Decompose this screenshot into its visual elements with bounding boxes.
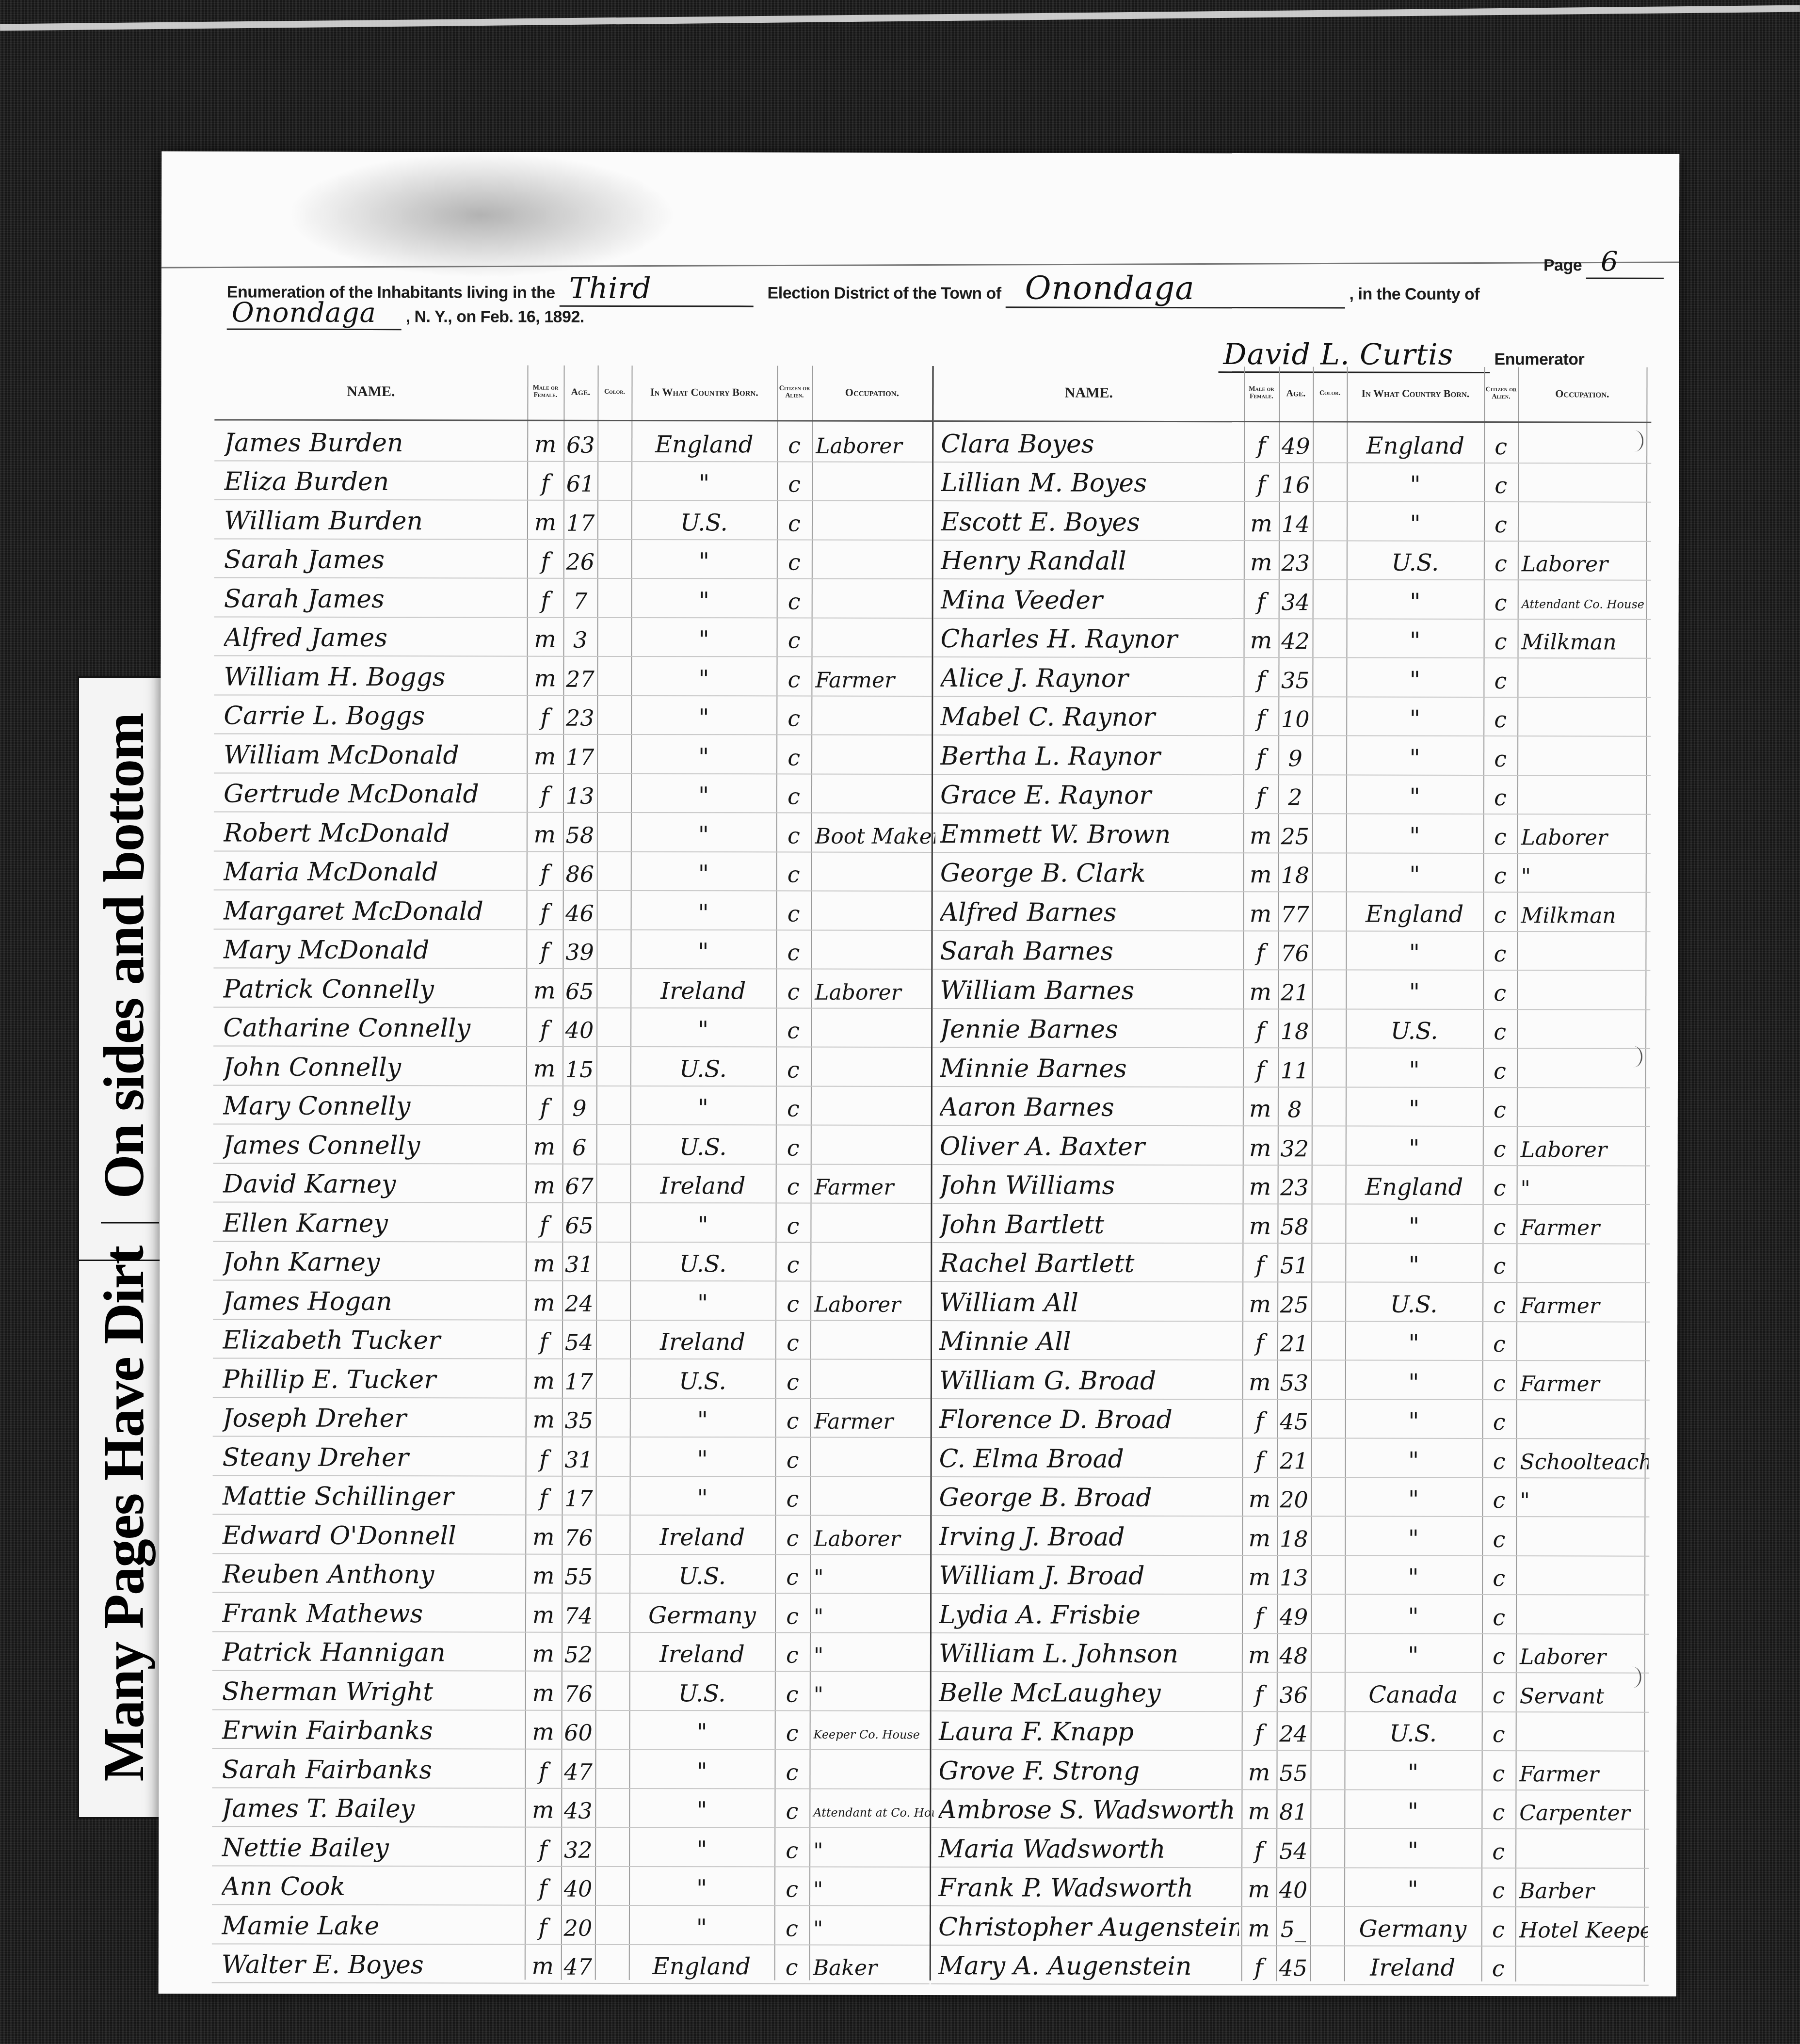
table-row: John Connellym15U.S.c <box>213 1046 931 1086</box>
age-value: 17 <box>563 744 597 770</box>
age-value: 15 <box>562 1056 596 1082</box>
age-value: 9 <box>1278 745 1312 771</box>
age-value: 32 <box>561 1836 595 1863</box>
person-name: John Williams <box>940 1171 1240 1200</box>
person-name: Mamie Lake <box>222 1911 522 1941</box>
citizen-status: c <box>776 1134 811 1161</box>
citizen-status: c <box>776 900 811 926</box>
side-note-label: Many Pages Have Dirt On sides and bottom <box>78 676 173 1819</box>
citizen-status: c <box>1483 784 1517 811</box>
sex-value: f <box>1244 471 1279 498</box>
table-row: Alfred Barnesm77EnglandcMilkman <box>933 892 1651 932</box>
birth-country: England <box>629 1953 774 1980</box>
age-value: 55 <box>1276 1760 1310 1786</box>
age-value: 32 <box>1278 1135 1312 1162</box>
age-value: 47 <box>561 1954 595 1980</box>
birth-country: " <box>1346 862 1483 889</box>
table-left-half: NAME. Male or Female. Age. Color. In Wha… <box>212 365 932 1980</box>
birth-country: " <box>1345 1369 1482 1396</box>
occupation-value: " <box>1517 1176 1649 1201</box>
person-name: Christopher Augenstein <box>938 1913 1239 1942</box>
birth-country: " <box>1346 940 1483 967</box>
age-value: 21 <box>1277 1448 1311 1474</box>
citizen-status: c <box>774 1915 809 1941</box>
sex-value: m <box>527 743 563 770</box>
age-value: 25 <box>1278 823 1312 849</box>
sex-value: m <box>1244 510 1279 537</box>
person-name: James Burden <box>224 428 525 458</box>
sex-value: m <box>1244 549 1279 576</box>
person-name: Mabel C. Raynor <box>940 703 1241 732</box>
occupation-value: Laborer <box>810 1292 934 1317</box>
table-row: Mamie Lakef20"c" <box>212 1905 930 1945</box>
occupation-value: Farmer <box>810 1409 934 1434</box>
citizen-status: c <box>775 1251 810 1277</box>
person-name: Irving J. Broad <box>939 1522 1239 1552</box>
age-value: 65 <box>562 1212 596 1238</box>
age-value: 2 <box>1278 784 1312 810</box>
sex-value: f <box>525 1757 561 1785</box>
right-rows: Clara Boyesf49EnglandcLillian M. Boyesf1… <box>931 423 1652 1986</box>
sex-value: m <box>525 1679 562 1707</box>
person-name: David Karney <box>223 1169 524 1199</box>
age-value: 67 <box>562 1173 596 1199</box>
citizen-status: c <box>1484 550 1518 576</box>
citizen-status: c <box>1483 941 1517 967</box>
person-name: Clara Boyes <box>941 430 1241 459</box>
citizen-status: c <box>776 666 811 692</box>
birth-country: England <box>631 431 777 458</box>
person-name: Maria Wadsworth <box>938 1835 1239 1864</box>
table-row: Grace E. Raynorf2"c <box>933 775 1651 815</box>
table-row: James Hoganm24"cLaborer <box>213 1280 931 1321</box>
sex-value: f <box>1242 1447 1277 1474</box>
sex-value: m <box>527 509 563 536</box>
age-value: 47 <box>561 1758 595 1785</box>
age-value: 20 <box>1277 1486 1311 1513</box>
birth-country: " <box>631 821 776 848</box>
birth-country: U.S. <box>1345 1720 1482 1747</box>
table-row: Frank Mathewsm74Germanyc" <box>212 1593 930 1633</box>
sex-value: m <box>526 1133 562 1160</box>
age-value: 45 <box>1276 1955 1310 1981</box>
age-value: 63 <box>563 431 597 458</box>
birth-country: " <box>631 743 776 770</box>
citizen-status: c <box>774 1798 809 1824</box>
col-header-occupation-right: Occupation. <box>1518 367 1646 420</box>
birth-country: " <box>1344 1798 1481 1825</box>
table-row: William Barnesm21"c <box>932 970 1650 1010</box>
age-value: 65 <box>562 978 596 1004</box>
citizen-status: c <box>1482 1682 1516 1709</box>
person-name: Sarah Fairbanks <box>222 1755 522 1785</box>
citizen-status: c <box>776 822 811 848</box>
citizen-status: c <box>1484 433 1518 460</box>
age-value: 39 <box>562 939 596 965</box>
table-row: Lydia A. Frisbief49"c <box>932 1594 1649 1634</box>
age-value: 58 <box>563 822 597 848</box>
person-name: James Hogan <box>223 1287 523 1316</box>
table-row: Eliza Burdenf61"c <box>214 461 932 501</box>
age-value: 18 <box>1278 862 1312 888</box>
date-text: , N. Y., on Feb. 16, 1892. <box>406 307 584 326</box>
citizen-status: c <box>774 1954 809 1980</box>
table-row: Sarah Jamesf7"c <box>214 578 932 618</box>
sex-value: f <box>526 1211 562 1238</box>
table-row: Grove F. Strongm55"cFarmer <box>931 1750 1649 1790</box>
birth-country: " <box>630 1016 776 1044</box>
birth-country: " <box>630 1289 775 1317</box>
birth-country: Germany <box>1344 1915 1481 1942</box>
table-row: Alfred Jamesm3"c <box>214 617 932 657</box>
table-row: Belle McLaugheyf36CanadacServant <box>932 1672 1649 1712</box>
citizen-status: c <box>1483 746 1517 772</box>
person-name: Carrie L. Boggs <box>224 701 524 731</box>
form-header-line2: Onondaga , N. Y., on Feb. 16, 1892. <box>227 297 584 331</box>
citizen-status: c <box>1483 706 1517 733</box>
table-row: Ann Cookf40"c" <box>212 1866 930 1906</box>
birth-country: U.S. <box>630 1055 776 1083</box>
table-row: William McDonaldm17"c <box>214 734 932 774</box>
occupation-value: Laborer <box>812 433 936 458</box>
age-value: 76 <box>562 1680 595 1707</box>
citizen-status: c <box>776 783 811 809</box>
table-row: Sarah Barnesf76"c <box>932 931 1650 971</box>
sex-value: m <box>526 1367 562 1394</box>
col-header-occupation: Occupation. <box>812 366 932 419</box>
birth-country: " <box>631 782 776 810</box>
sex-value: f <box>527 782 563 809</box>
table-row: Sherman Wrightm76U.S.c" <box>212 1671 930 1711</box>
person-name: Reuben Anthony <box>222 1560 523 1589</box>
sex-value: f <box>525 1875 561 1902</box>
age-value: 58 <box>1277 1214 1311 1240</box>
citizen-status: c <box>776 978 811 1005</box>
age-value: 11 <box>1278 1057 1312 1084</box>
table-row: Mary A. Augensteinf45Irelandc <box>931 1946 1649 1986</box>
sex-value: m <box>1243 1134 1278 1162</box>
occupation-value: Farmer <box>811 668 935 692</box>
person-name: Mary McDonald <box>223 935 524 965</box>
age-value: 24 <box>1277 1721 1311 1747</box>
table-row: Maria McDonaldf86"c <box>214 851 932 892</box>
citizen-status: c <box>1481 1916 1515 1943</box>
sex-value: m <box>525 1523 562 1550</box>
citizen-status: c <box>776 1017 811 1043</box>
left-rows: James Burdenm63EnglandcLaborerEliza Burd… <box>212 422 932 1984</box>
sex-value: f <box>526 1016 562 1043</box>
person-name: Gertrude McDonald <box>224 779 524 809</box>
person-name: Oliver A. Baxter <box>940 1132 1240 1162</box>
occupation-value: Laborer <box>1516 1645 1648 1669</box>
age-value: 35 <box>1278 667 1312 693</box>
person-name: Sarah Barnes <box>940 937 1240 966</box>
table-row: Patrick Connellym65IrelandcLaborer <box>213 968 931 1008</box>
citizen-status: c <box>777 588 812 614</box>
age-value: 49 <box>1277 1604 1311 1630</box>
sex-value: m <box>1242 1291 1277 1318</box>
occupation-value: " <box>810 1644 934 1668</box>
age-value: 40 <box>561 1876 595 1902</box>
citizen-status: c <box>774 1876 809 1902</box>
occupation-value: " <box>1516 1488 1648 1513</box>
person-name: Walter E. Boyes <box>222 1950 522 1980</box>
birth-country: England <box>1347 432 1484 459</box>
citizen-status: c <box>777 549 812 575</box>
sex-value: m <box>1242 1642 1277 1669</box>
citizen-status: c <box>1483 1058 1517 1084</box>
citizen-status: c <box>1482 1292 1516 1318</box>
age-value: 23 <box>1278 1174 1312 1200</box>
person-name: Margaret McDonald <box>224 896 524 926</box>
sex-value: f <box>525 1914 561 1941</box>
birth-country: " <box>1346 822 1483 849</box>
age-value: 18 <box>1277 1526 1311 1552</box>
sex-value: f <box>527 587 563 614</box>
person-name: Charles H. Raynor <box>941 624 1241 654</box>
person-name: John Bartlett <box>939 1210 1240 1240</box>
table-row: Frank P. Wadsworthm40"cBarber <box>931 1868 1649 1908</box>
occupation-value: Farmer <box>1515 1762 1648 1787</box>
age-value: 52 <box>562 1642 595 1668</box>
sex-value: m <box>1243 900 1278 927</box>
person-name: Henry Randall <box>941 546 1241 576</box>
birth-country: " <box>630 1211 775 1239</box>
person-name: Minnie Barnes <box>940 1054 1240 1084</box>
birth-country: Ireland <box>630 977 776 1005</box>
person-name: Mina Veeder <box>941 586 1241 615</box>
birth-country: " <box>629 1757 774 1785</box>
citizen-status: c <box>1482 1643 1516 1669</box>
citizen-status: c <box>1482 1721 1516 1747</box>
sex-value: f <box>527 470 563 497</box>
birth-country: " <box>630 1445 775 1473</box>
table-row: William Burdenm17U.S.c <box>214 500 932 540</box>
occupation-value: Barber <box>1515 1879 1648 1903</box>
age-value: 74 <box>562 1602 595 1629</box>
citizen-status: c <box>1482 1526 1516 1552</box>
birth-country: " <box>629 1875 774 1902</box>
citizen-status: c <box>1482 1331 1516 1357</box>
sex-value: f <box>1243 1056 1278 1084</box>
sex-value: f <box>527 899 563 926</box>
table-row: Sarah Fairbanksf47"c <box>212 1749 930 1789</box>
birth-country: " <box>629 1836 774 1863</box>
form-mid-text: Election District of the Town of <box>768 284 1001 303</box>
citizen-status: c <box>1483 668 1517 694</box>
citizen-status: c <box>1482 1409 1516 1435</box>
person-name: Ann Cook <box>222 1872 522 1901</box>
sex-value: m <box>1242 1525 1277 1552</box>
person-name: George B. Broad <box>939 1483 1239 1513</box>
person-name: Frank Mathews <box>222 1599 523 1629</box>
sex-value: m <box>526 1055 562 1082</box>
birth-country: U.S. <box>630 1133 776 1161</box>
table-row: Steany Dreherf31"c <box>213 1437 931 1477</box>
sex-value: f <box>526 1445 562 1472</box>
county-field: Onondaga <box>227 297 402 331</box>
age-value: 21 <box>1277 1330 1311 1357</box>
table-row: James T. Baileym43"cAttendant at Co. Hou… <box>212 1788 930 1828</box>
age-value: 61 <box>563 471 597 497</box>
citizen-status: c <box>1483 1175 1517 1201</box>
age-value: 45 <box>1277 1408 1311 1435</box>
table-row: Alice J. Raynorf35"c <box>933 657 1651 698</box>
person-name: Joseph Dreher <box>223 1404 523 1433</box>
occupation-value: Farmer <box>1516 1293 1649 1318</box>
person-name: Belle McLaughey <box>939 1678 1239 1708</box>
col-header-color: Color. <box>597 366 631 419</box>
town-value: Onondaga <box>1025 269 1195 307</box>
table-row: Laura F. Knappf24U.S.c <box>932 1711 1649 1752</box>
age-value: 9 <box>562 1095 596 1121</box>
table-row: Margaret McDonaldf46"c <box>214 890 932 930</box>
birth-country: Ireland <box>1344 1954 1481 1981</box>
birth-country: " <box>629 1485 775 1512</box>
table-row: William L. Johnsonm48"cLaborer <box>932 1633 1649 1674</box>
citizen-status: c <box>775 1447 810 1473</box>
occupation-value: Hotel Keeper <box>1515 1918 1648 1943</box>
citizen-status: c <box>775 1642 810 1668</box>
age-value: 6 <box>562 1134 596 1160</box>
census-table: NAME. Male or Female. Age. Color. In Wha… <box>212 365 1650 1981</box>
citizen-status: c <box>775 1213 810 1239</box>
person-name: William G. Broad <box>939 1366 1240 1396</box>
birth-country: " <box>1345 1603 1482 1630</box>
person-name: Florence D. Broad <box>939 1405 1240 1435</box>
sex-value: f <box>525 1485 562 1512</box>
sex-value: f <box>1242 1251 1277 1278</box>
occupation-value: Farmer <box>1516 1372 1649 1396</box>
person-name: Bertha L. Raynor <box>940 742 1241 771</box>
table-row: Jennie Barnesf18U.S.c <box>932 1009 1650 1049</box>
birth-country: " <box>1345 1330 1482 1357</box>
citizen-status: c <box>776 744 811 770</box>
sex-value: f <box>527 860 563 887</box>
census-page: Enumeration of the Inhabitants living in… <box>159 151 1680 1996</box>
person-name: Erwin Fairbanks <box>222 1716 523 1745</box>
col-header-citizen: Citizen or Alien. <box>777 366 812 419</box>
margin-bracket-mark <box>1625 431 1643 452</box>
table-row: Nettie Baileyf32"c" <box>212 1827 930 1867</box>
occupation-value: Milkman <box>1518 630 1650 655</box>
table-row: Elizabeth Tuckerf54Irelandc <box>213 1320 931 1360</box>
citizen-status: c <box>776 1056 811 1083</box>
col-header-color-right: Color. <box>1313 367 1347 420</box>
table-row: Sarah Jamesf26"c <box>214 539 932 579</box>
sex-value: m <box>527 821 563 848</box>
citizen-status: c <box>776 705 811 731</box>
person-name: Emmett W. Brown <box>940 820 1241 849</box>
scan-edge-strip <box>0 5 1800 31</box>
age-value: 26 <box>563 549 597 575</box>
age-value: 20 <box>561 1915 595 1941</box>
birth-country: U.S. <box>1345 1291 1482 1318</box>
citizen-status: c <box>775 1329 810 1356</box>
birth-country: " <box>630 938 776 966</box>
birth-country: " <box>1346 1096 1483 1123</box>
birth-country: " <box>1345 1564 1482 1591</box>
table-row: William H. Boggsm27"cFarmer <box>214 656 932 696</box>
citizen-status: c <box>775 1291 810 1317</box>
birth-country: " <box>1347 471 1484 498</box>
birth-country: " <box>1345 1213 1482 1240</box>
citizen-status: c <box>774 1837 809 1863</box>
table-row: Joseph Dreherm35"cFarmer <box>213 1398 931 1438</box>
sex-value: m <box>525 1601 562 1629</box>
page-number-blank: 6 <box>1586 246 1664 279</box>
birth-country: Ireland <box>629 1641 775 1668</box>
person-name: Lillian M. Boyes <box>941 468 1241 498</box>
age-value: 43 <box>561 1798 595 1824</box>
table-row: Lillian M. Boyesf16"c <box>933 463 1651 503</box>
sex-value: f <box>525 1836 561 1863</box>
birth-country: Ireland <box>630 1328 775 1356</box>
person-name: Grace E. Raynor <box>940 781 1241 810</box>
table-row: Reuben Anthonym55U.S.c" <box>212 1554 930 1594</box>
page-number-field: Page 6 <box>1543 246 1664 279</box>
birth-country: " <box>631 665 776 692</box>
person-name: Ambrose S. Wadsworth <box>938 1795 1239 1825</box>
occupation-value: " <box>810 1604 934 1629</box>
birth-country: " <box>631 548 777 575</box>
sex-value: f <box>526 1328 562 1356</box>
person-name: Ellen Karney <box>223 1209 523 1238</box>
age-value: 55 <box>562 1564 595 1590</box>
age-value: 21 <box>1278 979 1312 1006</box>
person-name: Aaron Barnes <box>940 1093 1240 1122</box>
age-value: 54 <box>562 1329 596 1356</box>
table-row: George B. Broadm20"c" <box>932 1477 1649 1517</box>
person-name: Sherman Wright <box>222 1677 523 1707</box>
person-name: Jennie Barnes <box>940 1015 1240 1044</box>
citizen-status: c <box>775 1603 810 1629</box>
age-value: 60 <box>562 1720 595 1746</box>
table-row: Florence D. Broadf45"c <box>932 1399 1650 1439</box>
birth-country: U.S. <box>629 1679 775 1707</box>
district-field: Third <box>560 271 754 307</box>
table-row: Robert McDonaldm58"cBoot Maker <box>214 812 932 852</box>
sex-value: f <box>1241 1837 1276 1864</box>
table-row: Henry Randallm23U.S.cLaborer <box>933 541 1651 581</box>
sex-value: m <box>1241 1876 1276 1903</box>
birth-country: " <box>630 1406 775 1434</box>
sex-value: m <box>526 977 562 1004</box>
table-row: Ambrose S. Wadsworthm81"cCarpenter <box>931 1789 1649 1830</box>
age-value: 31 <box>562 1446 596 1472</box>
person-name: Sarah James <box>224 545 525 575</box>
sex-value: m <box>1242 1485 1277 1513</box>
birth-country: Ireland <box>630 1172 776 1200</box>
birth-country: " <box>1345 1252 1482 1279</box>
table-row: John Williamsm23Englandc" <box>932 1165 1650 1205</box>
person-name: William McDonald <box>224 740 524 770</box>
age-value: 3 <box>563 627 597 653</box>
person-name: John Connelly <box>223 1053 524 1082</box>
birth-country: " <box>1346 666 1483 693</box>
citizen-status: c <box>1483 902 1517 928</box>
birth-country: " <box>1346 1056 1483 1084</box>
citizen-status: c <box>775 1485 810 1512</box>
enumerator-label: Enumerator <box>1494 350 1584 368</box>
person-name: Maria McDonald <box>224 857 524 887</box>
birth-country: " <box>1346 1134 1483 1162</box>
citizen-status: c <box>776 1173 811 1199</box>
birth-country: " <box>629 1797 774 1824</box>
sex-value: m <box>525 1563 562 1590</box>
person-name: Edward O'Donnell <box>222 1521 523 1550</box>
age-value: 53 <box>1277 1370 1311 1396</box>
